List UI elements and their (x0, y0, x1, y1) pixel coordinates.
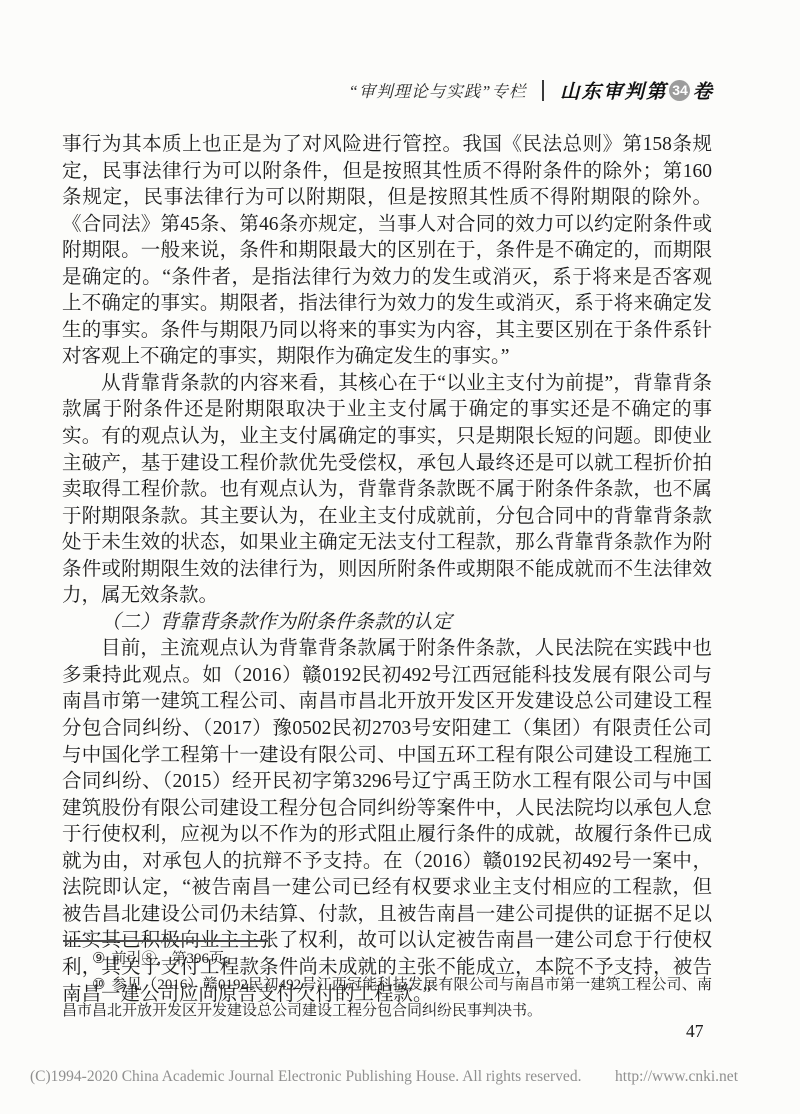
footnote-9: ⑨前引⑧，第396页。 (62, 946, 712, 972)
footnote-10-text: 参见（2016）赣0192民初492号江西冠能科技发展有限公司与南昌市第一建筑工… (62, 977, 712, 1019)
article-body: 事行为其本质上也正是为了对风险进行管控。我国《民法总则》第158条规定，民事法律… (62, 132, 712, 1008)
column-title: “审判理论与实践”专栏 (349, 78, 527, 102)
section-heading: （二）背靠背条款作为附条件条款的认定 (62, 610, 712, 637)
journal-page: “审判理论与实践”专栏 山东审判第 34 卷 事行为其本质上也正是为了对风险进行… (0, 0, 800, 1114)
cnki-url: http://www.cnki.net (615, 1068, 738, 1086)
paragraph-continuation: 事行为其本质上也正是为了对风险进行管控。我国《民法总则》第158条规定，民事法律… (62, 132, 712, 371)
copyright-footer: (C)1994-2020 China Academic Journal Elec… (30, 1068, 738, 1086)
footnote-10: ⑩参见（2016）赣0192民初492号江西冠能科技发展有限公司与南昌市第一建筑… (62, 972, 712, 1024)
footnote-9-text: 前引⑧，第396页。 (111, 951, 239, 967)
journal-title-prefix: 山东审判第 (560, 76, 668, 104)
footnote-9-marker: ⑨ (92, 951, 105, 967)
footnote-10-marker: ⑩ (92, 977, 106, 993)
volume-badge: 34 (669, 80, 690, 101)
journal-title-suffix: 卷 (692, 76, 714, 104)
footnote-separator (63, 940, 268, 942)
header-divider (542, 80, 544, 101)
page-number: 47 (686, 1021, 704, 1042)
page-header: “审判理论与实践”专栏 山东审判第 34 卷 (349, 76, 714, 104)
copyright-text: (C)1994-2020 China Academic Journal Elec… (30, 1068, 581, 1086)
journal-title: 山东审判第 34 卷 (560, 76, 714, 104)
paragraph-viewpoints: 从背靠背条款的内容来看，其核心在于“以业主支付为前提”，背靠背条款属于附条件还是… (62, 371, 712, 610)
footnotes: ⑨前引⑧，第396页。 ⑩参见（2016）赣0192民初492号江西冠能科技发展… (62, 946, 712, 1024)
